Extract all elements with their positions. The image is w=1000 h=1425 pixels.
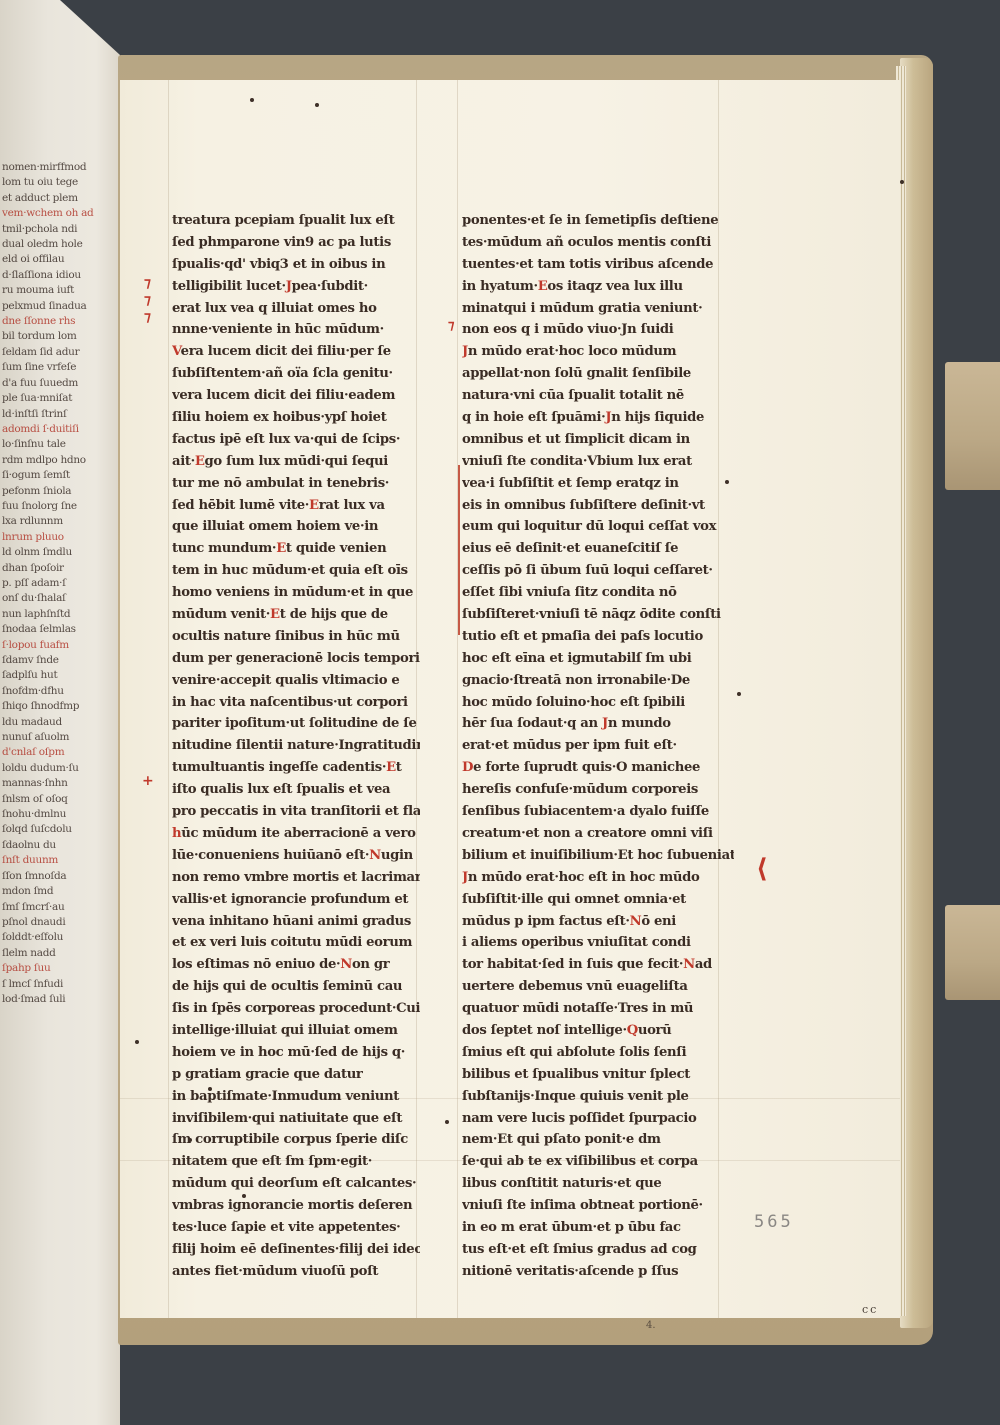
verso-text-line: dual oledm hole	[2, 237, 112, 252]
text-line: hūc mūdum ite aberracionē a vero	[172, 823, 420, 845]
text-line: ſubſiſteret·vniuſi tē nāqz ōdite conſti	[462, 604, 734, 626]
paragraph-mark-icon: ⁊	[144, 309, 151, 325]
text-line: antes fiet·mūdum viuoſū poſt	[172, 1261, 420, 1283]
text-line: hoiem ve in hoc mū·ſed de hijs q·	[172, 1042, 420, 1064]
rubricated-initial: N	[369, 848, 381, 863]
text-line: homo veniens in mūdum·et in que	[172, 582, 420, 604]
rubricated-initial: N	[630, 914, 642, 929]
verso-text-column: nomen·mirffmodlom tu oiu tegeet adduct p…	[2, 160, 112, 1007]
verso-text-line: lnrum pluuo	[2, 530, 112, 545]
text-line: appellat·non ſolū gnalit ſenſibile	[462, 363, 734, 385]
worm-hole	[135, 1040, 139, 1044]
rubricated-initial: N	[683, 957, 695, 972]
text-line: intellige·illuiat qui illuiat omem	[172, 1020, 420, 1042]
verso-text-line: ſnohu·dmlnu	[2, 807, 112, 822]
text-column-b: ponentes·et ſe in ſemetipſis deſtienetes…	[462, 210, 734, 1283]
verso-text-line: ſum ſine vrfeſe	[2, 360, 112, 375]
text-line: ſenſibus ſubiacentem·a dyalo fuiſſe	[462, 801, 734, 823]
text-line: mūdum venit·Et de hijs que de	[172, 604, 420, 626]
text-line: nitudine ſilentii nature·Ingratitudine	[172, 735, 420, 757]
verso-text-line: ſnodaa ſelmlas	[2, 622, 112, 637]
verso-text-line: nunuſ aſuolm	[2, 730, 112, 745]
verso-text-line: ſnofdm·dfhu	[2, 684, 112, 699]
verso-text-line: d'a fuu ſuuedm	[2, 376, 112, 391]
text-line: Jn mūdo erat·hoc eſt in hoc mūdo	[462, 867, 734, 889]
text-line: vniuſi ſte condita·Vbium lux erat	[462, 451, 734, 473]
worm-hole	[445, 1120, 449, 1124]
text-line: eum qui loquitur dū loqui ceſſat vox	[462, 516, 734, 538]
text-line: q in hoie eſt ſpuāmi·Jn hijs ſiquide	[462, 407, 734, 429]
rubricated-initial: E	[386, 760, 396, 775]
text-line: pariter ipoſitum·ut ſolitudine de ſe	[172, 713, 420, 735]
paragraph-mark-icon: ⁊	[448, 318, 454, 333]
text-line: hereſis confuſe·mūdum corporeis	[462, 779, 734, 801]
verso-text-line: adomdi ſ·duitiſi	[2, 422, 112, 437]
text-column-a: treatura pcepiam ſpualit lux eſtſed phmp…	[172, 210, 420, 1283]
text-line: tem in huc mūdum·et quia eſt oīs	[172, 560, 420, 582]
text-line: tes·luce ſapie et vite appetentes·	[172, 1217, 420, 1239]
verso-text-line: lo·ſinſnu tale	[2, 437, 112, 452]
text-line: ponentes·et ſe in ſemetipſis deſtiene	[462, 210, 734, 232]
text-line: creatum·et non a creatore omni viſi	[462, 823, 734, 845]
ruling-line	[168, 80, 169, 1318]
text-line: de hijs qui de ocultis ſeminū cau	[172, 976, 420, 998]
text-line: vera lucem dicit dei filiu·eadem	[172, 385, 420, 407]
rubricated-initial: E	[195, 454, 205, 469]
text-line: hēr ſua ſodaut·q an Jn mundo	[462, 713, 734, 735]
text-line: lūe·conueniens huiūanō eſt·Nugin	[172, 845, 420, 867]
worm-hole	[900, 180, 904, 184]
text-line: ſis in ſpēs corporeas procedunt·Cuius	[172, 998, 420, 1020]
text-line: factus ipē eſt lux va·qui de ſcips·	[172, 429, 420, 451]
verso-text-line: ſhiqo ſhnodfmp	[2, 699, 112, 714]
text-line: ſed phmparone vin9 ac pa lutis	[172, 232, 420, 254]
text-line: gnacio·ſtreatā non irronabile·De	[462, 670, 734, 692]
text-line: vea·i ſubſiſtit et ſemp eratqz in	[462, 473, 734, 495]
text-line: filij hoim eē deſinentes·filij dei ideo	[172, 1239, 420, 1261]
rubricated-initial: Q	[627, 1023, 638, 1038]
verso-text-line: tmil·pchola ndi	[2, 222, 112, 237]
verso-text-line: ld olnm ſmdlu	[2, 545, 112, 560]
text-line: in hyatum·Eos itaqz vea lux illu	[462, 276, 734, 298]
rubricated-initial: J	[605, 410, 611, 425]
quire-mark: cc	[862, 1303, 878, 1316]
verso-text-line: nomen·mirffmod	[2, 160, 112, 175]
text-line: treatura pcepiam ſpualit lux eſt	[172, 210, 420, 232]
pointer-mark-icon: ⟨	[756, 854, 768, 884]
text-line: telligibilit lucet·Jpea·ſubdit·	[172, 276, 420, 298]
bottom-mark: 4.	[646, 1320, 656, 1331]
text-line: dos ſeptet noſ intellige·Quorū	[462, 1020, 734, 1042]
paragraph-mark-icon: ⁊	[144, 292, 151, 308]
worm-hole	[242, 1194, 246, 1198]
text-line: dum per generacionē locis temporibus	[172, 648, 420, 670]
verso-text-line: ſpahp ſuu	[2, 961, 112, 976]
rubricated-initial: N	[340, 957, 352, 972]
text-line: los eſtimas nō eniuo de·Non gr	[172, 954, 420, 976]
text-line: vallis·et ignorancie profundum et	[172, 889, 420, 911]
clasp-lower	[945, 905, 1000, 1000]
verso-text-line: ſeldam ſid adur	[2, 345, 112, 360]
text-line: tes·mūdum añ oculos mentis conſti	[462, 232, 734, 254]
verso-text-line: pſnol dnaudi	[2, 915, 112, 930]
text-line: ſubſiſtit·ille qui omnet omnia·et	[462, 889, 734, 911]
text-line: vniuſi ſte inſima obtneat portionē·	[462, 1195, 734, 1217]
verso-text-line: pefonm ſniola	[2, 484, 112, 499]
verso-text-line: ldu madaud	[2, 715, 112, 730]
rubricated-initial: J	[462, 344, 468, 359]
rubricated-initial: h	[172, 826, 181, 841]
facing-verso-page: nomen·mirffmodlom tu oiu tegeet adduct p…	[0, 0, 120, 1425]
worm-hole	[188, 1138, 192, 1142]
verso-text-line: ſdamv ſnde	[2, 653, 112, 668]
text-line: quatuor mūdi notaſſe·Tres in mū	[462, 998, 734, 1020]
text-line: uertere debemus vnū euageliſta	[462, 976, 734, 998]
text-line: inviſibilem·qui natiuitate que eſt	[172, 1108, 420, 1130]
worm-hole	[315, 103, 319, 107]
text-line: tumultuantis ingeſſe cadentis·Et	[172, 757, 420, 779]
rubricated-initial: J	[462, 870, 468, 885]
text-line: ſubſtanijs·Inque quiuis venit ple	[462, 1086, 734, 1108]
verso-text-line: ld·inſtſi ſtrinſ	[2, 407, 112, 422]
rubricated-initial: E	[538, 279, 548, 294]
verso-text-line: loldu dudum·ſu	[2, 761, 112, 776]
verso-text-line: eld oi offilau	[2, 252, 112, 267]
text-line: que illuiat omem hoiem ve·in	[172, 516, 420, 538]
text-line: ſpualis·qd' vbiq3 et in oibus in	[172, 254, 420, 276]
text-line: et ex veri luis coitutu mūdi eorum	[172, 932, 420, 954]
recto-page: treatura pcepiam ſpualit lux eſtſed phmp…	[120, 80, 900, 1318]
folio-number: 565	[754, 1212, 794, 1232]
verso-text-line: ſolqd ſuſcdolu	[2, 822, 112, 837]
verso-text-line: dhan ſpoſoir	[2, 561, 112, 576]
clasp-upper	[945, 362, 1000, 490]
text-line: iſto qualis lux eſt ſpualis et vea	[172, 779, 420, 801]
text-line: tor habitat·ſed in ſuis que fecit·Nad	[462, 954, 734, 976]
ruling-line	[457, 80, 458, 1318]
worm-hole	[725, 480, 729, 484]
text-line: ſm corruptibile corpus ſperie diſc	[172, 1129, 420, 1151]
verso-text-line: ſmſ ſmcrſ·au	[2, 900, 112, 915]
verso-text-line: mannas·ſnhn	[2, 776, 112, 791]
verso-text-line: ple ſua·mniſat	[2, 391, 112, 406]
verso-text-line: ſnſt duunm	[2, 853, 112, 868]
text-line: in eo m erat ūbum·et p ūbu fac	[462, 1217, 734, 1239]
rubricated-initial: D	[462, 760, 473, 775]
plus-mark-icon: +	[142, 773, 154, 789]
worm-hole	[737, 692, 741, 696]
verso-text-line: ſnlsm oſ oſoq	[2, 792, 112, 807]
verso-text-line: d'cnlaſ oſpm	[2, 745, 112, 760]
text-line: bilium et inuiſibilium·Et hoc ſubueniat·	[462, 845, 734, 867]
verso-text-line: d·ſlaſſiona idiou	[2, 268, 112, 283]
verso-text-line: lxa rdlunnm	[2, 514, 112, 529]
verso-text-line: mdon ſmd	[2, 884, 112, 899]
text-line: hoc mūdo ſoluino·hoc eſt ſpibili	[462, 692, 734, 714]
text-line: eis in omnibus ſubſiſtere deſinit·vt	[462, 495, 734, 517]
text-line: natura·vni cūa ſpualit totalit nē	[462, 385, 734, 407]
text-line: ait·Ego ſum lux mūdi·qui ſequi	[172, 451, 420, 473]
verso-text-line: lom tu oiu tege	[2, 175, 112, 190]
rubricated-initial: J	[286, 279, 292, 294]
verso-text-line: ſſon ſmnoſda	[2, 869, 112, 884]
text-line: non eos q i mūdo viuo·Jn ſuidi	[462, 319, 734, 341]
text-line: tus eſt·et eſt ſmius gradus ad cog	[462, 1239, 734, 1261]
text-line: bilibus et ſpualibus vnitur ſplect	[462, 1064, 734, 1086]
verso-text-line: ſolddt·eſfolu	[2, 930, 112, 945]
verso-text-line: vem·wchem oh ad	[2, 206, 112, 221]
text-line: mūdus p ipm factus eſt·Nō eni	[462, 911, 734, 933]
text-line: eſſet ſibi vniuſa ſitz condita nō	[462, 582, 734, 604]
text-line: erat lux vea q illuiat omes ho	[172, 298, 420, 320]
text-line: minatqui i mūdum gratia veniunt·	[462, 298, 734, 320]
text-line: nitionē veritatis·aſcende p ſſus	[462, 1261, 734, 1283]
text-line: non remo vmbre mortis et lacrimarū	[172, 867, 420, 889]
verso-text-line: ſ·lopou fuafm	[2, 638, 112, 653]
text-line: vmbras ignorancie mortis deſeren	[172, 1195, 420, 1217]
verso-text-line: bil tordum lom	[2, 329, 112, 344]
text-line: tutio eſt et pmaſia dei paſs locutio	[462, 626, 734, 648]
verso-text-line: nun laphſnſtd	[2, 607, 112, 622]
verso-text-line: ſlelm nadd	[2, 946, 112, 961]
text-line: ſiliu hoiem ex hoibus·ypſ hoiet	[172, 407, 420, 429]
rubricated-initial: V	[172, 344, 181, 359]
verso-text-line: rdm mdlpo hdno	[2, 453, 112, 468]
text-line: eius eē deſinit·et euaneſcitiſ ſe	[462, 538, 734, 560]
text-line: nem·Et qui pſato ponit·e dm	[462, 1129, 734, 1151]
text-line: ſe·qui ab te ex viſibilibus et corpa	[462, 1151, 734, 1173]
verso-text-line: ſadplſu hut	[2, 668, 112, 683]
text-line: nitatem que eſt ſm ſpm·egit·	[172, 1151, 420, 1173]
verso-text-line: dne ſſonne rhs	[2, 314, 112, 329]
verso-text-line: fuu ſnolorg ſne	[2, 499, 112, 514]
worm-hole	[250, 98, 254, 102]
text-line: hoc eſt eīna et igmutabilſ ſm ubi	[462, 648, 734, 670]
verso-text-line: p. pſſ adam·ſ	[2, 576, 112, 591]
text-line: De forte ſuprudt quis·O manichee	[462, 757, 734, 779]
text-line: omnibus et ut ſimplicit dicam in	[462, 429, 734, 451]
rubricated-initial: E	[270, 607, 280, 622]
text-line: mūdum qui deorſum eſt calcantes·	[172, 1173, 420, 1195]
rubricated-initial: E	[309, 498, 319, 513]
paragraph-mark-icon: ⁊	[144, 275, 151, 291]
text-line: ſed hēbit lumē vite·Erat lux va	[172, 495, 420, 517]
verso-text-line: ſi·ogum ſemſt	[2, 468, 112, 483]
text-line: nam vere lucis poſſidet ſpurpacio	[462, 1108, 734, 1130]
text-line: tunc mundum·Et quide venien	[172, 538, 420, 560]
rubricated-initial: J	[602, 716, 608, 731]
text-line: Vera lucem dicit dei filiu·per ſe	[172, 341, 420, 363]
text-line: ſmius eſt qui abſolute ſolis ſenſi	[462, 1042, 734, 1064]
verso-text-line: ſ lmcſ ſnfudi	[2, 977, 112, 992]
marginal-bracket	[458, 465, 460, 635]
text-line: ceſſis pō ſi ūbum ſuū loqui ceſſaret·	[462, 560, 734, 582]
text-line: Jn mūdo erat·hoc loco mūdum	[462, 341, 734, 363]
text-line: i aliems operibus vniuſitat condi	[462, 932, 734, 954]
verso-text-line: et adduct plem	[2, 191, 112, 206]
text-line: tur me nō ambulat in tenebris·	[172, 473, 420, 495]
text-line: nnne·veniente in hūc mūdum·	[172, 319, 420, 341]
text-line: erat·et mūdus per ipm fuit eſt·	[462, 735, 734, 757]
text-line: pro peccatis in vita tranſitorii et fla·	[172, 801, 420, 823]
text-line: in hac vita naſcentibus·ut corpori	[172, 692, 420, 714]
text-line: libus conſtitit naturis·et que	[462, 1173, 734, 1195]
rubricated-initial: E	[276, 541, 286, 556]
worm-hole	[208, 1087, 212, 1091]
text-line: p gratiam gracie que datur	[172, 1064, 420, 1086]
verso-text-line: lod·ſmad ſuli	[2, 992, 112, 1007]
verso-text-line: ſdaolnu du	[2, 838, 112, 853]
verso-text-line: onſ du·ſhalaſ	[2, 591, 112, 606]
text-line: tuentes·et tam totis viribus aſcende	[462, 254, 734, 276]
text-line: ſubſiſtentem·añ oïa ſcla genitu·	[172, 363, 420, 385]
verso-text-line: pelxmud ſinadua	[2, 299, 112, 314]
verso-text-line: ru mouma iuft	[2, 283, 112, 298]
text-line: venire·accepit qualis vltimacio e	[172, 670, 420, 692]
text-line: vena inhitano hūani animi gradus	[172, 911, 420, 933]
text-line: ocultis nature ſinibus in hūc mū	[172, 626, 420, 648]
